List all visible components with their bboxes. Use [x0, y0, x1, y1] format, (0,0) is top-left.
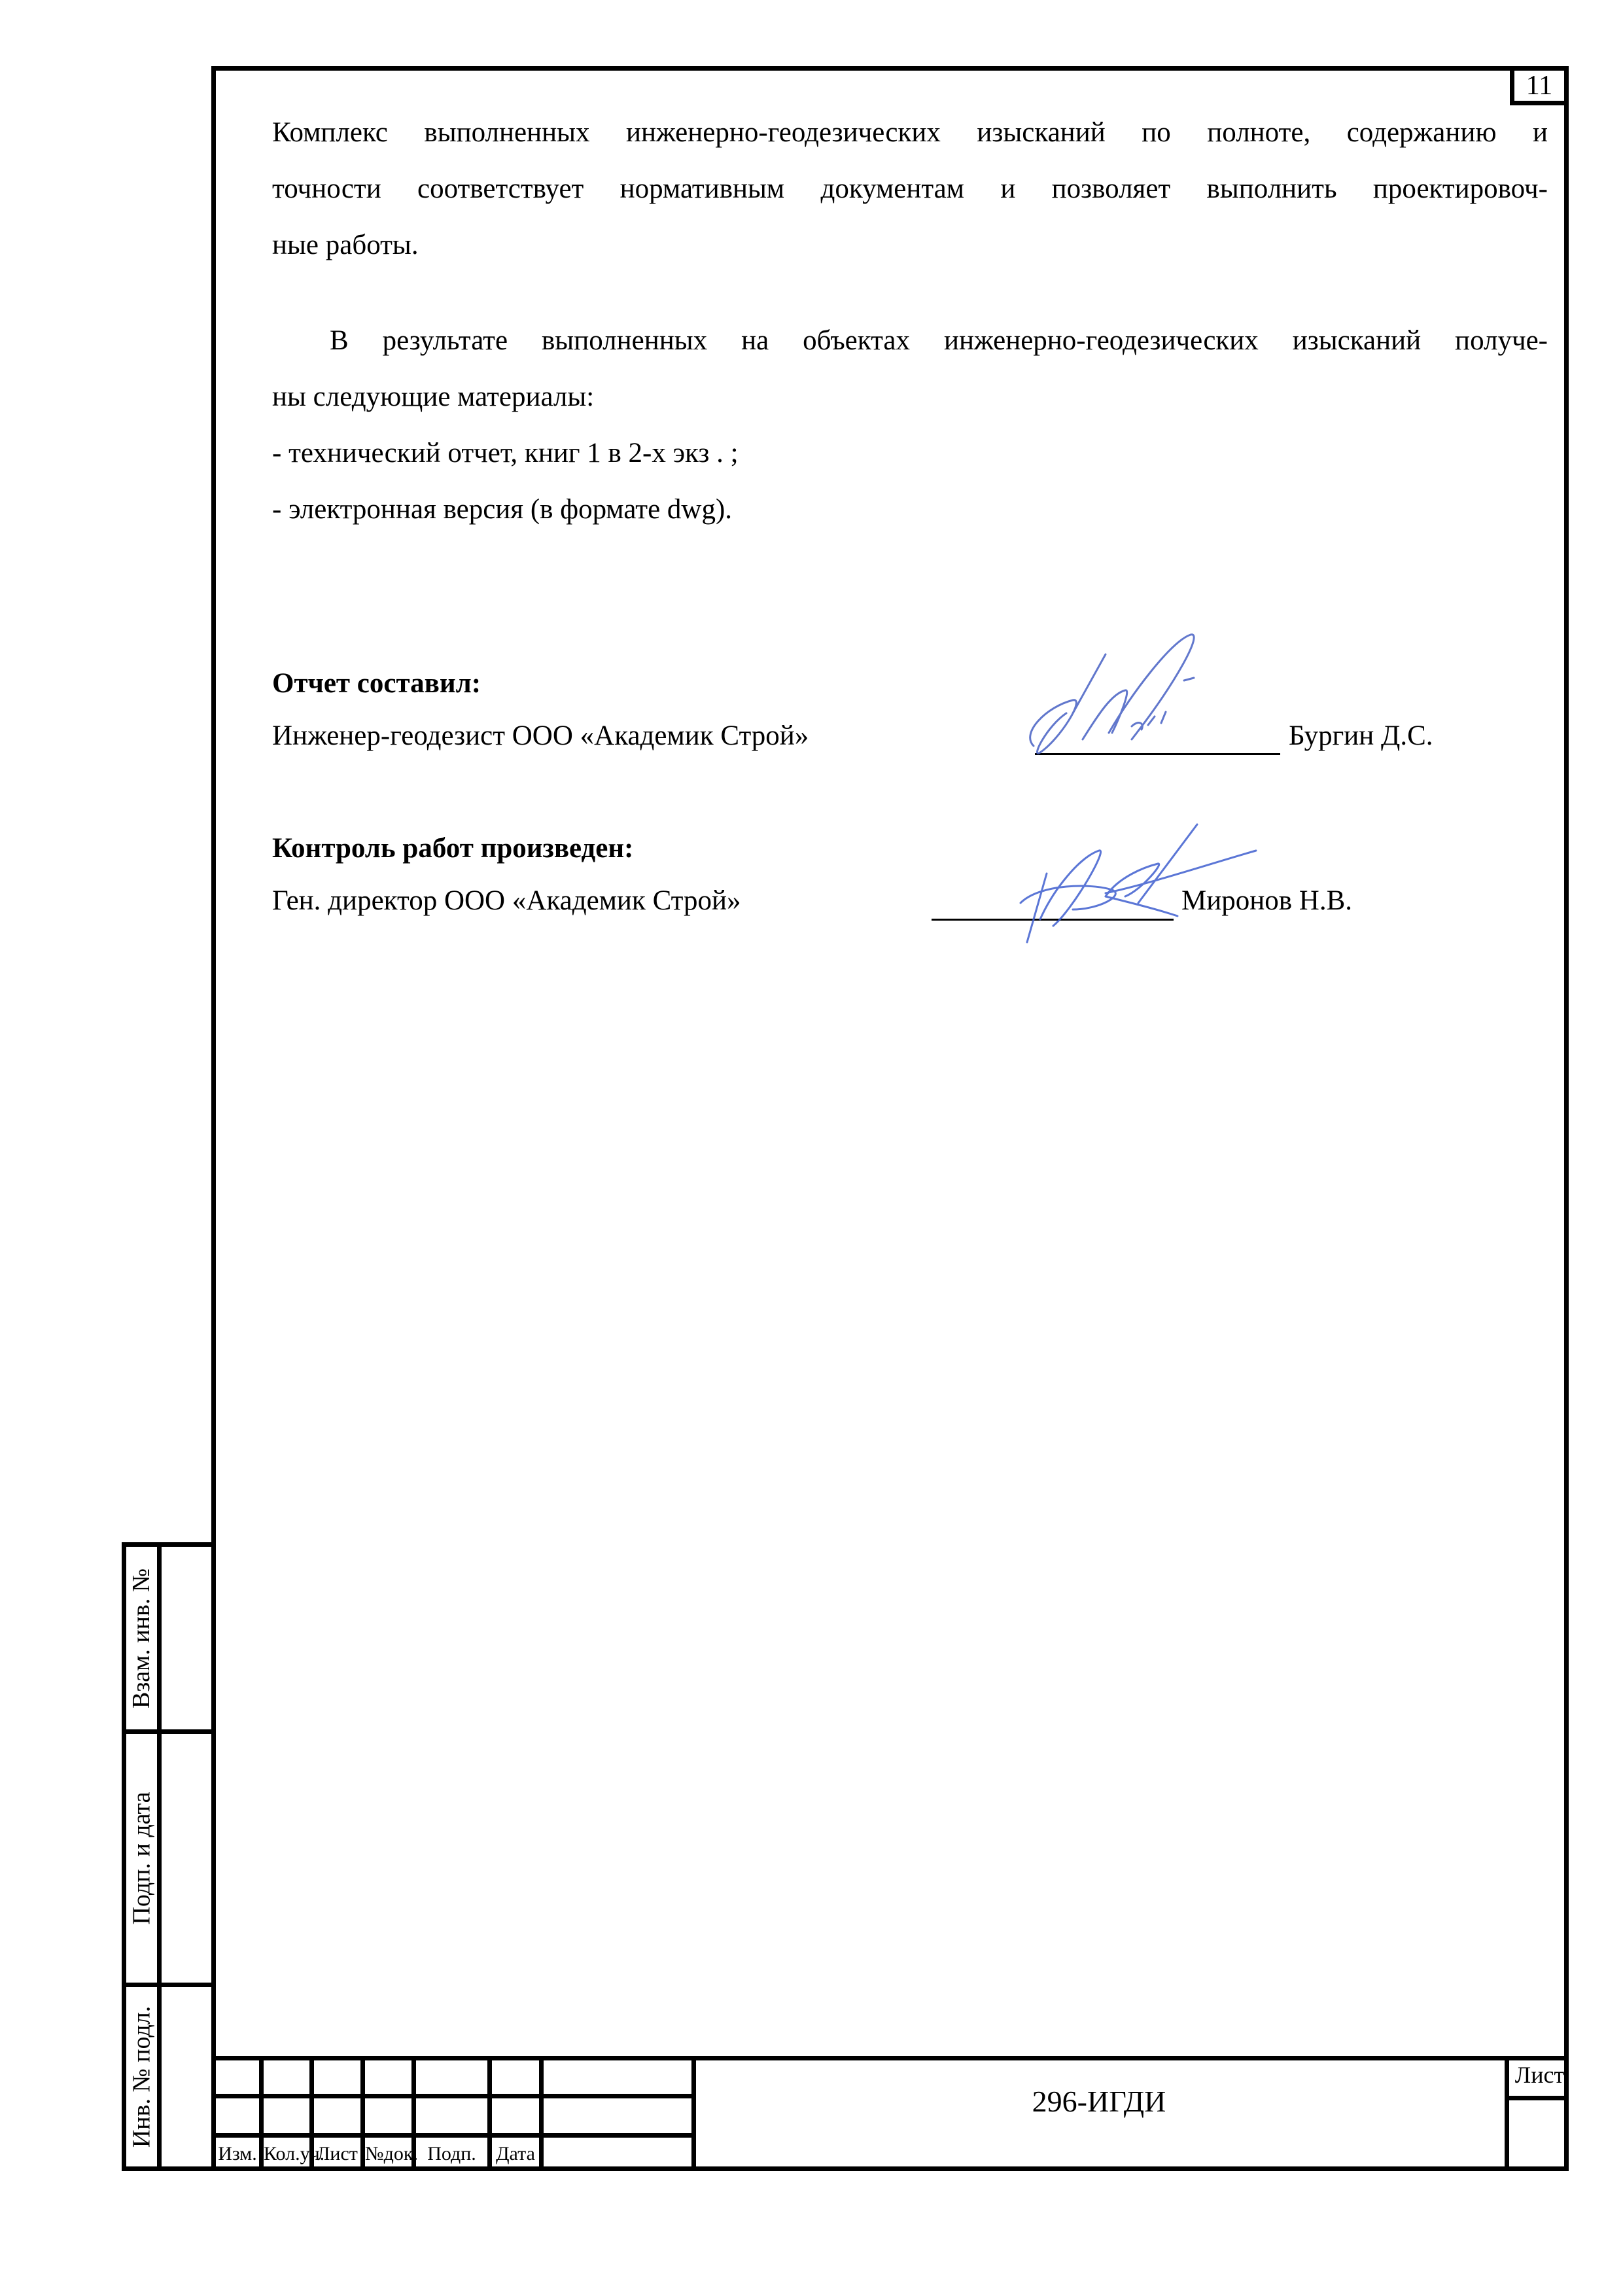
strip-divider [122, 1729, 211, 1734]
strip-label-replacement-inv: Взам. инв. № [122, 1547, 161, 1729]
title-block-col-line [360, 2056, 365, 2171]
strip-label-original-inv: Инв. № подл. [122, 1987, 161, 2166]
title-block-col-line [539, 2056, 544, 2171]
title-block-col-line [1505, 2056, 1509, 2171]
page-number-box: 11 [1510, 66, 1569, 105]
paragraph-line: точности соответствует нормативным докум… [272, 161, 1548, 217]
paragraph-line: ны следующие материалы: [272, 369, 1548, 425]
strip-label-signature-date: Подп. и дата [122, 1734, 161, 1983]
title-block-row-line [211, 2133, 693, 2138]
signature-title-control: Контроль работ произведен: [272, 832, 634, 864]
col-label-signature: Подп. [416, 2140, 487, 2168]
handwritten-signature-icon [1021, 615, 1256, 772]
list-item: - технический отчет, книг 1 в 2-х экз . … [272, 425, 1548, 482]
signature-role-control: Ген. директор ООО «Академик Строй» [272, 885, 741, 917]
list-item: - электронная версия (в формате dwg). [272, 482, 1548, 538]
signature-title-compiled: Отчет составил: [272, 667, 481, 699]
signatory-name: Бургин Д.С. [1289, 720, 1433, 752]
document-code: 296-ИГДИ [693, 2084, 1505, 2119]
strip-divider [122, 1983, 211, 1987]
paragraph-conclusion: Комплекс выполненных инженерно-геодезиче… [272, 105, 1548, 274]
sheet-number-cell [1510, 2102, 1569, 2167]
paragraph-results: В результате выполненных на объектах инж… [272, 313, 1548, 425]
col-label-qty: Кол.уч. [264, 2140, 309, 2168]
materials-list: - технический отчет, книг 1 в 2-х экз . … [272, 425, 1548, 538]
page-number: 11 [1526, 70, 1552, 101]
paragraph-line: Комплекс выполненных инженерно-геодезиче… [272, 105, 1548, 161]
col-label-sheet: Лист [314, 2140, 360, 2168]
col-label-change: Изм. [216, 2140, 259, 2168]
col-label-doc-no: №док. [365, 2140, 411, 2168]
paragraph-line: ные работы. [272, 217, 1548, 274]
title-block-col-line [487, 2056, 492, 2171]
title-block-col-line [259, 2056, 264, 2171]
handwritten-signature-icon [1001, 811, 1263, 955]
title-block-row-line [211, 2094, 693, 2098]
col-label-date: Дата [492, 2140, 539, 2168]
sheet-label: Лист [1510, 2061, 1569, 2089]
signature-role-compiled: Инженер-геодезист ООО «Академик Строй» [272, 720, 809, 752]
sheet-cell-divider [1506, 2096, 1569, 2100]
paragraph-line: В результате выполненных на объектах инж… [272, 313, 1548, 369]
